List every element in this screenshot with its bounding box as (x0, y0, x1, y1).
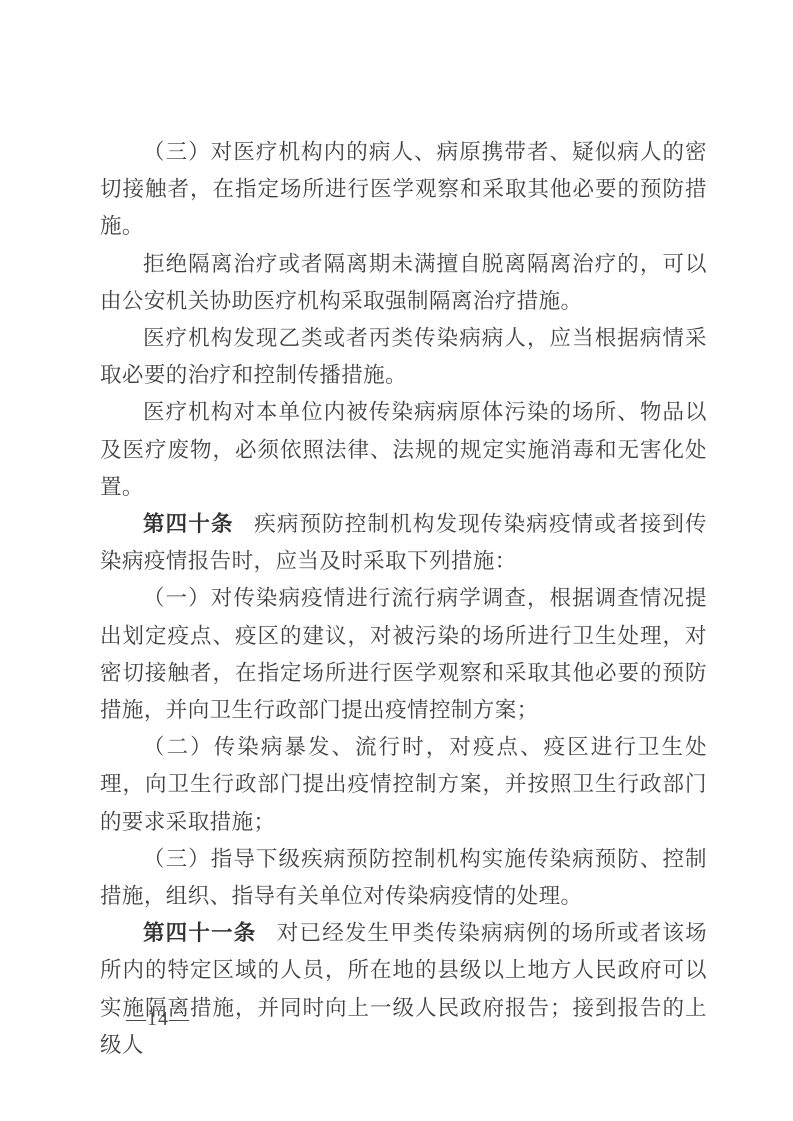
document-body: （三）对医疗机构内的病人、病原携带者、疑似病人的密切接触者，在指定场所进行医学观… (100, 134, 707, 1064)
paragraph-article-40: 第四十条疾病预防控制机构发现传染病疫情或者接到传染病疫情报告时，应当及时采取下列… (100, 506, 707, 580)
paragraph: （一）对传染病疫情进行流行病学调查，根据调查情况提出划定疫点、疫区的建议，对被污… (100, 580, 707, 729)
paragraph-text: 拒绝隔离治疗或者隔离期未满擅自脱离隔离治疗的，可以由公安机关协助医疗机构采取强制… (100, 252, 707, 313)
paragraph-text: （三）指导下级疾病预防控制机构实施传染病预防、控制措施，组织、指导有关单位对传染… (100, 847, 707, 908)
document-page: （三）对医疗机构内的病人、病原携带者、疑似病人的密切接触者，在指定场所进行医学观… (0, 0, 793, 1121)
paragraph: （二）传染病暴发、流行时，对疫点、疫区进行卫生处理，向卫生行政部门提出疫情控制方… (100, 729, 707, 841)
paragraph-text: （一）对传染病疫情进行流行病学调查，根据调查情况提出划定疫点、疫区的建议，对被污… (100, 586, 707, 722)
paragraph: 医疗机构发现乙类或者丙类传染病病人，应当根据病情采取必要的治疗和控制传播措施。 (100, 320, 707, 394)
article-number: 第四十一条 (143, 921, 256, 945)
paragraph: （三）指导下级疾病预防控制机构实施传染病预防、控制措施，组织、指导有关单位对传染… (100, 841, 707, 915)
paragraph-article-41: 第四十一条对已经发生甲类传染病病例的场所或者该场所内的特定区域的人员，所在地的县… (100, 915, 707, 1064)
paragraph: （三）对医疗机构内的病人、病原携带者、疑似病人的密切接触者，在指定场所进行医学观… (100, 134, 707, 246)
article-number: 第四十条 (143, 512, 234, 536)
page-number: —14— (126, 1006, 190, 1032)
paragraph-text: （二）传染病暴发、流行时，对疫点、疫区进行卫生处理，向卫生行政部门提出疫情控制方… (100, 735, 707, 833)
paragraph-text: （三）对医疗机构内的病人、病原携带者、疑似病人的密切接触者，在指定场所进行医学观… (100, 140, 707, 238)
paragraph: 医疗机构对本单位内被传染病病原体污染的场所、物品以及医疗废物，必须依照法律、法规… (100, 394, 707, 506)
paragraph-text: 医疗机构发现乙类或者丙类传染病病人，应当根据病情采取必要的治疗和控制传播措施。 (100, 326, 707, 387)
paragraph-text: 医疗机构对本单位内被传染病病原体污染的场所、物品以及医疗废物，必须依照法律、法规… (100, 400, 707, 498)
paragraph: 拒绝隔离治疗或者隔离期未满擅自脱离隔离治疗的，可以由公安机关协助医疗机构采取强制… (100, 246, 707, 320)
